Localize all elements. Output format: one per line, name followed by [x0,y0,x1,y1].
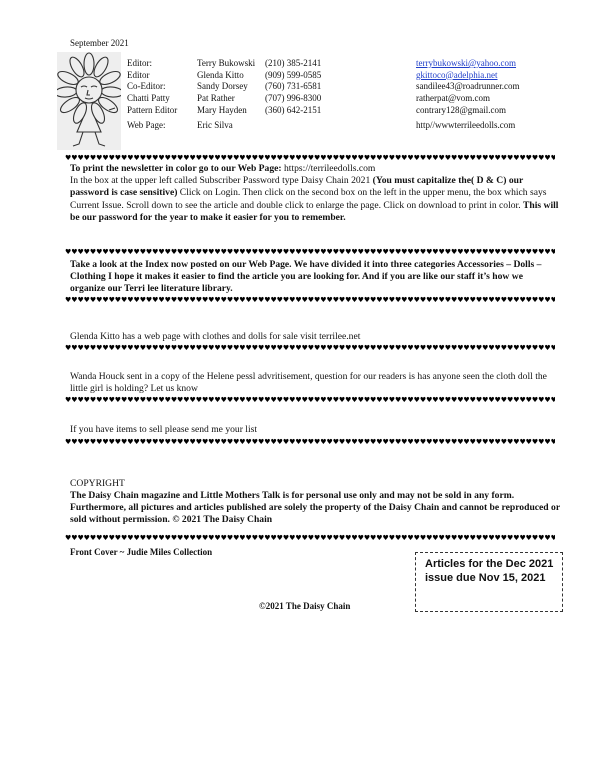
staff-role: Chatti Patty [127,94,170,103]
hearts-divider: ♥♥♥♥♥♥♥♥♥♥♥♥♥♥♥♥♥♥♥♥♥♥♥♥♥♥♥♥♥♥♥♥♥♥♥♥♥♥♥♥… [65,344,555,352]
staff-name: Terry Bukowski [197,59,255,68]
hearts-divider: ♥♥♥♥♥♥♥♥♥♥♥♥♥♥♥♥♥♥♥♥♥♥♥♥♥♥♥♥♥♥♥♥♥♥♥♥♥♥♥♥… [65,154,555,162]
staff-email-link[interactable]: terrybukowski@yahoo.com [416,59,516,68]
staff-phone: (360) 642-2151 [265,106,321,115]
staff-name: Pat Rather [197,94,235,103]
staff-name: Glenda Kitto [197,71,244,80]
hearts-divider: ♥♥♥♥♥♥♥♥♥♥♥♥♥♥♥♥♥♥♥♥♥♥♥♥♥♥♥♥♥♥♥♥♥♥♥♥♥♥♥♥… [65,438,555,446]
issue-date: September 2021 [70,38,129,48]
print-heading: To print the newsletter in color go to o… [70,163,282,174]
staff-phone: (760) 731-6581 [265,82,321,91]
staff-phone: (210) 385-2141 [265,59,321,68]
staff-name: Mary Hayden [197,106,247,115]
staff-role: Editor [127,71,150,80]
staff-name: Eric Silva [197,121,233,130]
article-deadline-box: Articles for the Dec 2021 issue due Nov … [415,552,563,612]
staff-website: http//wwwterrileedolls.com [416,121,515,130]
hearts-divider: ♥♥♥♥♥♥♥♥♥♥♥♥♥♥♥♥♥♥♥♥♥♥♥♥♥♥♥♥♥♥♥♥♥♥♥♥♥♥♥♥… [65,296,555,304]
copyright-text: The Daisy Chain magazine and Little Moth… [70,490,560,527]
staff-role: Pattern Editor [127,106,177,115]
hearts-divider: ♥♥♥♥♥♥♥♥♥♥♥♥♥♥♥♥♥♥♥♥♥♥♥♥♥♥♥♥♥♥♥♥♥♥♥♥♥♥♥♥… [65,248,555,256]
index-section: Take a look at the Index now posted on o… [70,259,560,296]
newsletter-page: September 2021 [0,0,593,768]
staff-role: Co-Editor: [127,82,166,91]
daisy-girl-drawing-icon [57,52,121,150]
footer-copyright: ©2021 The Daisy Chain [259,601,350,611]
hearts-divider: ♥♥♥♥♥♥♥♥♥♥♥♥♥♥♥♥♥♥♥♥♥♥♥♥♥♥♥♥♥♥♥♥♥♥♥♥♥♥♥♥… [65,534,555,542]
staff-role: Editor: [127,59,152,68]
copyright-heading: COPYRIGHT [70,478,125,489]
staff-phone: (707) 996-8300 [265,94,321,103]
staff-phone: (909) 599-0585 [265,71,321,80]
front-cover-credit: Front Cover ~ Judie Miles Collection [70,547,212,557]
website-url: https://terrileedolls.com [282,163,376,174]
staff-email-link[interactable]: gkittoco@adelphia.net [416,71,498,80]
staff-role: Web Page: [127,121,166,130]
print-instructions-1: In the box at the upper left called Subs… [70,175,373,186]
staff-name: Sandy Dorsey [197,82,248,91]
sell-section: If you have items to sell please send me… [70,424,560,436]
staff-email: sandilee43@roadrunner.com [416,82,520,91]
print-color-section: To print the newsletter in color go to o… [70,163,560,224]
wanda-section: Wanda Houck sent in a copy of the Helene… [70,371,560,395]
staff-email: contrary128@gmail.com [416,106,506,115]
hearts-divider: ♥♥♥♥♥♥♥♥♥♥♥♥♥♥♥♥♥♥♥♥♥♥♥♥♥♥♥♥♥♥♥♥♥♥♥♥♥♥♥♥… [65,396,555,404]
staff-email: ratherpat@vom.com [416,94,490,103]
glenda-section: Glenda Kitto has a web page with clothes… [70,331,560,343]
